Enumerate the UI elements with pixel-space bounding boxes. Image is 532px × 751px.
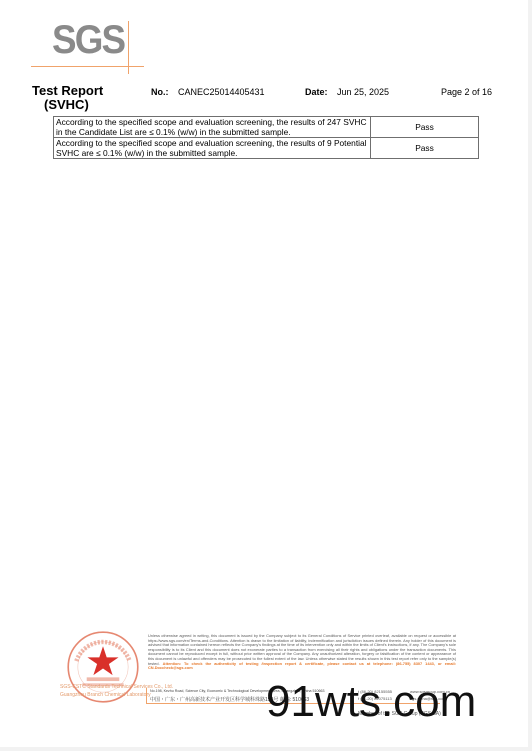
result-description: According to the specified scope and eva… xyxy=(54,138,371,159)
results-table: According to the specified scope and eva… xyxy=(53,116,479,159)
document-page: SGS Test Report (SVHC) No.: CANEC2501440… xyxy=(0,0,528,747)
result-status: Pass xyxy=(371,117,479,138)
address-vertical-rule xyxy=(146,688,147,704)
table-row: According to the specified scope and eva… xyxy=(54,138,479,159)
logo-vertical-rule xyxy=(128,21,129,74)
legal-disclaimer: Unless otherwise agreed in writing, this… xyxy=(148,634,456,671)
report-title: Test Report xyxy=(32,83,103,98)
report-subtitle: (SVHC) xyxy=(44,97,89,112)
attention-text: Attention: To check the authenticity of … xyxy=(148,661,456,671)
report-number-label: No.: xyxy=(151,87,169,97)
sgs-logo: SGS xyxy=(30,10,145,66)
report-date: Jun 25, 2025 xyxy=(337,87,389,97)
table-row: According to the specified scope and eva… xyxy=(54,117,479,138)
report-number: CANEC25014405431 xyxy=(178,87,265,97)
report-date-label: Date: xyxy=(305,87,328,97)
result-status: Pass xyxy=(371,138,479,159)
page-number: Page 2 of 16 xyxy=(441,87,492,97)
watermark: 91wts.com xyxy=(266,680,476,724)
sgs-logo-text: SGS xyxy=(52,20,124,60)
stamp-company-line2: Guangzhou Branch Chemical Laboratory xyxy=(60,692,151,698)
result-description: According to the specified scope and eva… xyxy=(54,117,371,138)
